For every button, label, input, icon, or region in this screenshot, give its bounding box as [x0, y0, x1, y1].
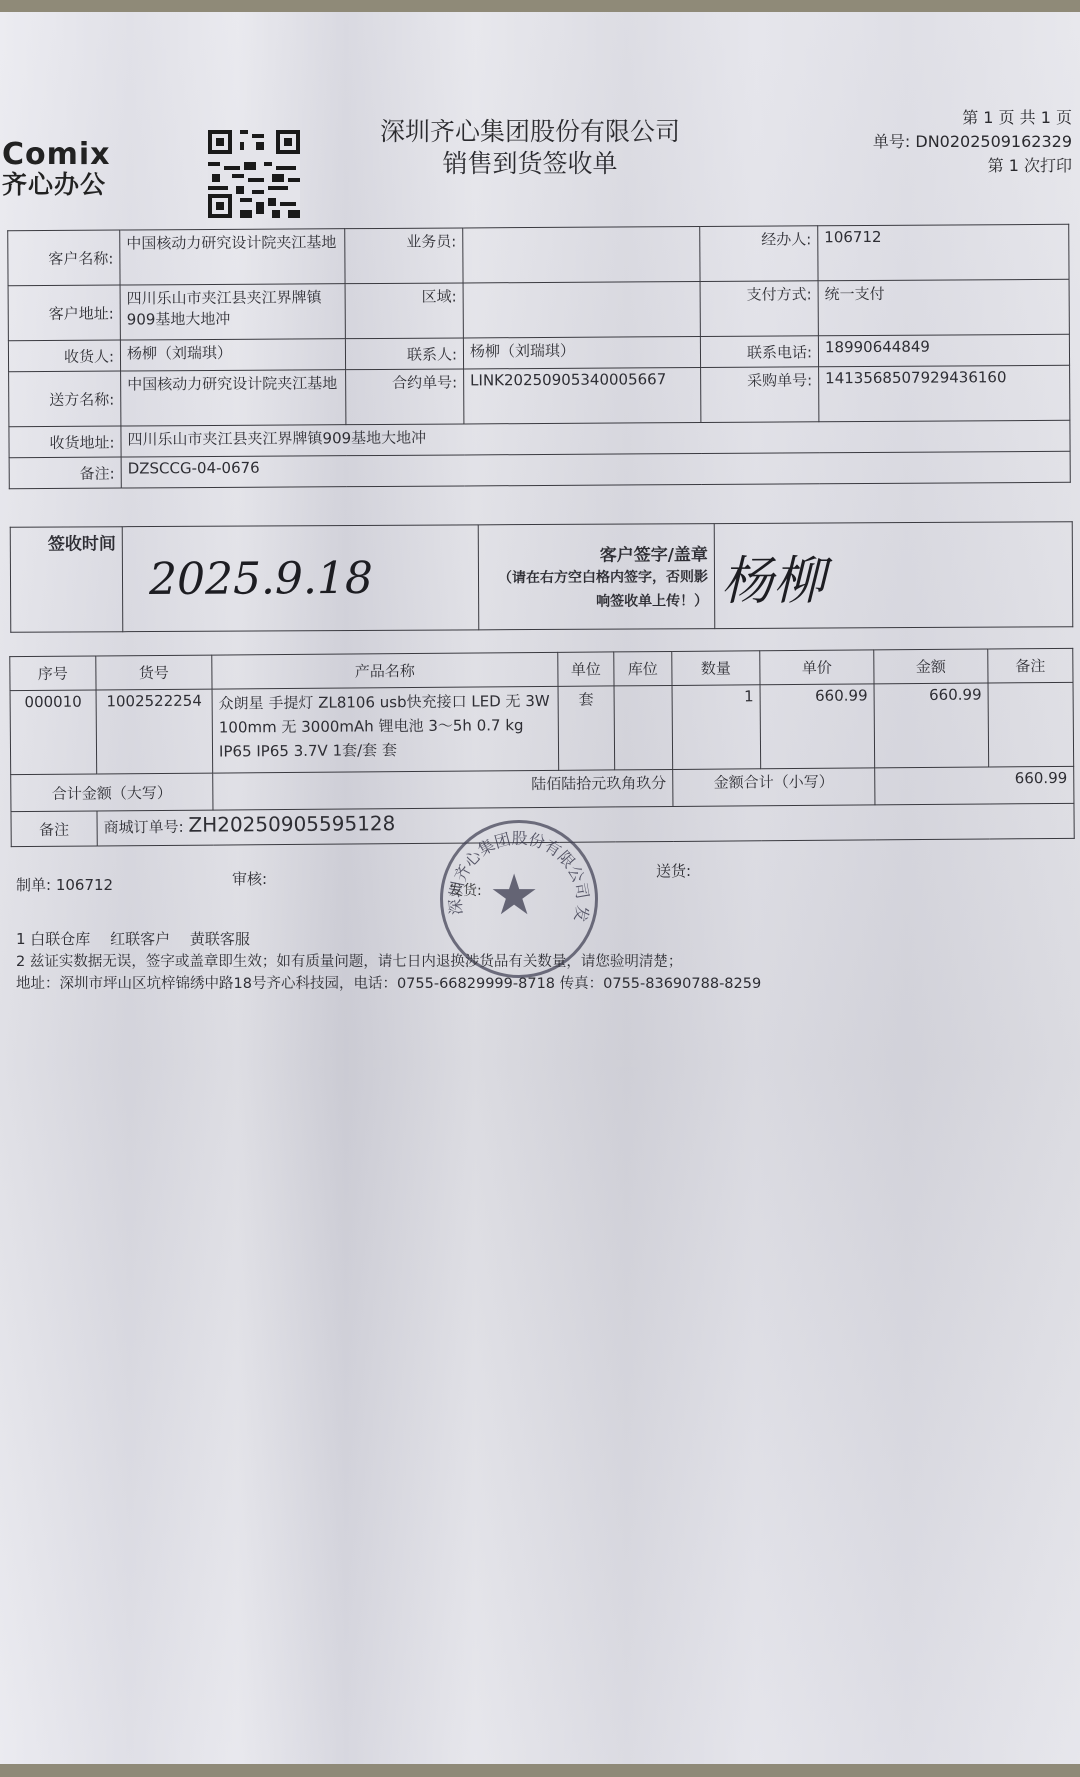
maker-value: 106712 — [56, 876, 113, 894]
customer-name-value: 中国核动力研究设计院夹江基地 — [120, 229, 345, 285]
ship-addr-label: 收货地址: — [9, 426, 121, 458]
remark-value: DZSCCG-04-0676 — [121, 451, 1070, 488]
sender-label: 送方名称: — [9, 371, 121, 427]
consignee-label: 收货人: — [8, 340, 120, 372]
item-amount: 660.99 — [874, 683, 989, 768]
handwritten-signature: 杨柳 — [721, 551, 825, 612]
contract-value: LINK20250905340005667 — [464, 368, 701, 424]
item-qty: 1 — [672, 685, 761, 770]
signature-label: 客户签字/盖章 — [485, 540, 708, 566]
item-location — [614, 685, 673, 769]
sign-time-label: 签收时间 — [10, 527, 123, 633]
mall-order-value: ZH20250905595128 — [188, 811, 395, 837]
consignee-value: 杨柳（刘瑞琪） — [120, 339, 345, 371]
item-sku: 1002522254 — [96, 689, 213, 774]
sign-table: 签收时间 2025.9.18 客户签字/盖章 （请在右方空白格内签字，否则影响签… — [10, 521, 1074, 633]
purchase-value: 1413568507929436160 — [819, 365, 1070, 422]
total-cn-label: 合计金额（大写） — [11, 773, 213, 812]
row-remark: 备注: DZSCCG-04-0676 — [9, 451, 1070, 488]
page-info: 第 1 页 共 1 页 — [873, 106, 1072, 130]
signature-box[interactable]: 杨柳 — [714, 522, 1073, 629]
document-paper: Comix 齐心办公 深圳齐心集团股份有限公司 销售到货签收单 第 1 页 共 … — [0, 12, 1080, 1764]
col-location: 库位 — [614, 651, 672, 685]
table-row: 000010 1002522254 众朗星 手提灯 ZL8106 usb快充接口… — [10, 682, 1074, 774]
mall-order-label: 商城订单号: — [104, 818, 184, 837]
col-amount: 金额 — [874, 649, 988, 684]
items-table: 序号 货号 产品名称 单位 库位 数量 单价 金额 备注 000010 1002… — [9, 648, 1074, 847]
order-no-value: DN0202509162329 — [915, 132, 1072, 151]
payment-label: 支付方式: — [700, 281, 818, 337]
col-unit: 单位 — [558, 652, 614, 686]
salesman-value — [463, 227, 700, 283]
phone-label: 联系电话: — [700, 336, 818, 368]
contact-label: 联系人: — [345, 338, 463, 370]
col-sku: 货号 — [96, 655, 212, 690]
print-count: 第 1 次打印 — [873, 154, 1072, 178]
seal-star-icon: ★ — [489, 868, 539, 924]
company-name: 深圳齐心集团股份有限公司 — [360, 116, 700, 148]
col-seq: 序号 — [10, 656, 96, 691]
item-seq: 000010 — [10, 690, 97, 775]
handler-label: 经办人: — [700, 226, 818, 282]
customer-addr-label: 客户地址: — [8, 285, 120, 341]
footer-note-1: 1 白联仓库 红联客户 黄联客服 — [16, 928, 250, 949]
items-remark-label: 备注 — [11, 811, 97, 847]
doc-title: 销售到货签收单 — [360, 148, 700, 180]
phone-value: 18990644849 — [818, 334, 1069, 367]
total-label: 金额合计（小写） — [673, 768, 875, 807]
logo-text-en: Comix — [2, 140, 111, 170]
row-sender: 送方名称: 中国核动力研究设计院夹江基地 合约单号: LINK202509053… — [9, 365, 1070, 426]
salesman-label: 业务员: — [345, 228, 463, 284]
sign-time-cell: 2025.9.18 — [122, 525, 479, 632]
col-note: 备注 — [988, 648, 1073, 683]
review-label: 审核: — [232, 868, 267, 889]
signature-label-cell: 客户签字/盖章 （请在右方空白格内签字，否则影响签收单上传！） — [478, 524, 715, 630]
sender-value: 中国核动力研究设计院夹江基地 — [121, 370, 346, 426]
qr-code-icon — [208, 130, 300, 218]
maker-label: 制单: — [16, 876, 51, 894]
maker: 制单: 106712 — [16, 874, 113, 895]
doc-meta: 第 1 页 共 1 页 单号: DN0202509162329 第 1 次打印 — [873, 106, 1072, 178]
col-qty: 数量 — [672, 651, 760, 686]
logo-text-cn: 齐心办公 — [2, 170, 111, 200]
payment-value: 统一支付 — [818, 279, 1069, 336]
row-customer: 客户名称: 中国核动力研究设计院夹江基地 业务员: 经办人: 106712 — [8, 224, 1069, 285]
info-table: 客户名称: 中国核动力研究设计院夹江基地 业务员: 经办人: 106712 客户… — [7, 224, 1071, 489]
footer-address: 地址：深圳市坪山区坑梓锦绣中路18号齐心科技园，电话：0755-66829999… — [16, 972, 761, 993]
total-cn-value: 陆佰陆拾元玖角玖分 — [213, 769, 673, 810]
customer-name-label: 客户名称: — [8, 230, 120, 286]
order-number: 单号: DN0202509162329 — [873, 130, 1072, 154]
signature-note: （请在右方空白格内签字，否则影响签收单上传！） — [485, 565, 708, 614]
region-value — [463, 282, 700, 338]
handler-value: 106712 — [818, 224, 1069, 281]
total-value: 660.99 — [875, 766, 1074, 805]
region-label: 区域: — [345, 283, 463, 339]
item-price: 660.99 — [760, 684, 875, 769]
ship-label: 发货: — [449, 880, 482, 900]
item-name: 众朗星 手提灯 ZL8106 usb快充接口 LED 无 3W 100mm 无 … — [212, 686, 559, 773]
footer-note-2: 2 兹证实数据无误，签字或盖章即生效；如有质量问题，请七日内退换涉货品有关数量，… — [16, 950, 682, 971]
remark-label: 备注: — [9, 457, 121, 489]
contract-label: 合约单号: — [346, 369, 464, 425]
customer-addr-value: 四川乐山市夹江县夹江界牌镇909基地大地冲 — [120, 284, 345, 340]
deliver-label: 送货: — [656, 860, 691, 881]
purchase-label: 采购单号: — [701, 367, 819, 423]
order-no-label: 单号: — [873, 132, 910, 151]
row-address: 客户地址: 四川乐山市夹江县夹江界牌镇909基地大地冲 区域: 支付方式: 统一… — [8, 279, 1069, 340]
col-price: 单价 — [760, 650, 874, 685]
comix-logo: Comix 齐心办公 — [2, 140, 111, 200]
handwritten-date: 2025.9.18 — [149, 552, 373, 604]
item-note — [988, 682, 1074, 767]
document-title: 深圳齐心集团股份有限公司 销售到货签收单 — [360, 116, 700, 180]
col-product-name: 产品名称 — [212, 652, 558, 689]
item-unit: 套 — [558, 686, 615, 770]
contact-value: 杨柳（刘瑞琪） — [463, 337, 700, 369]
